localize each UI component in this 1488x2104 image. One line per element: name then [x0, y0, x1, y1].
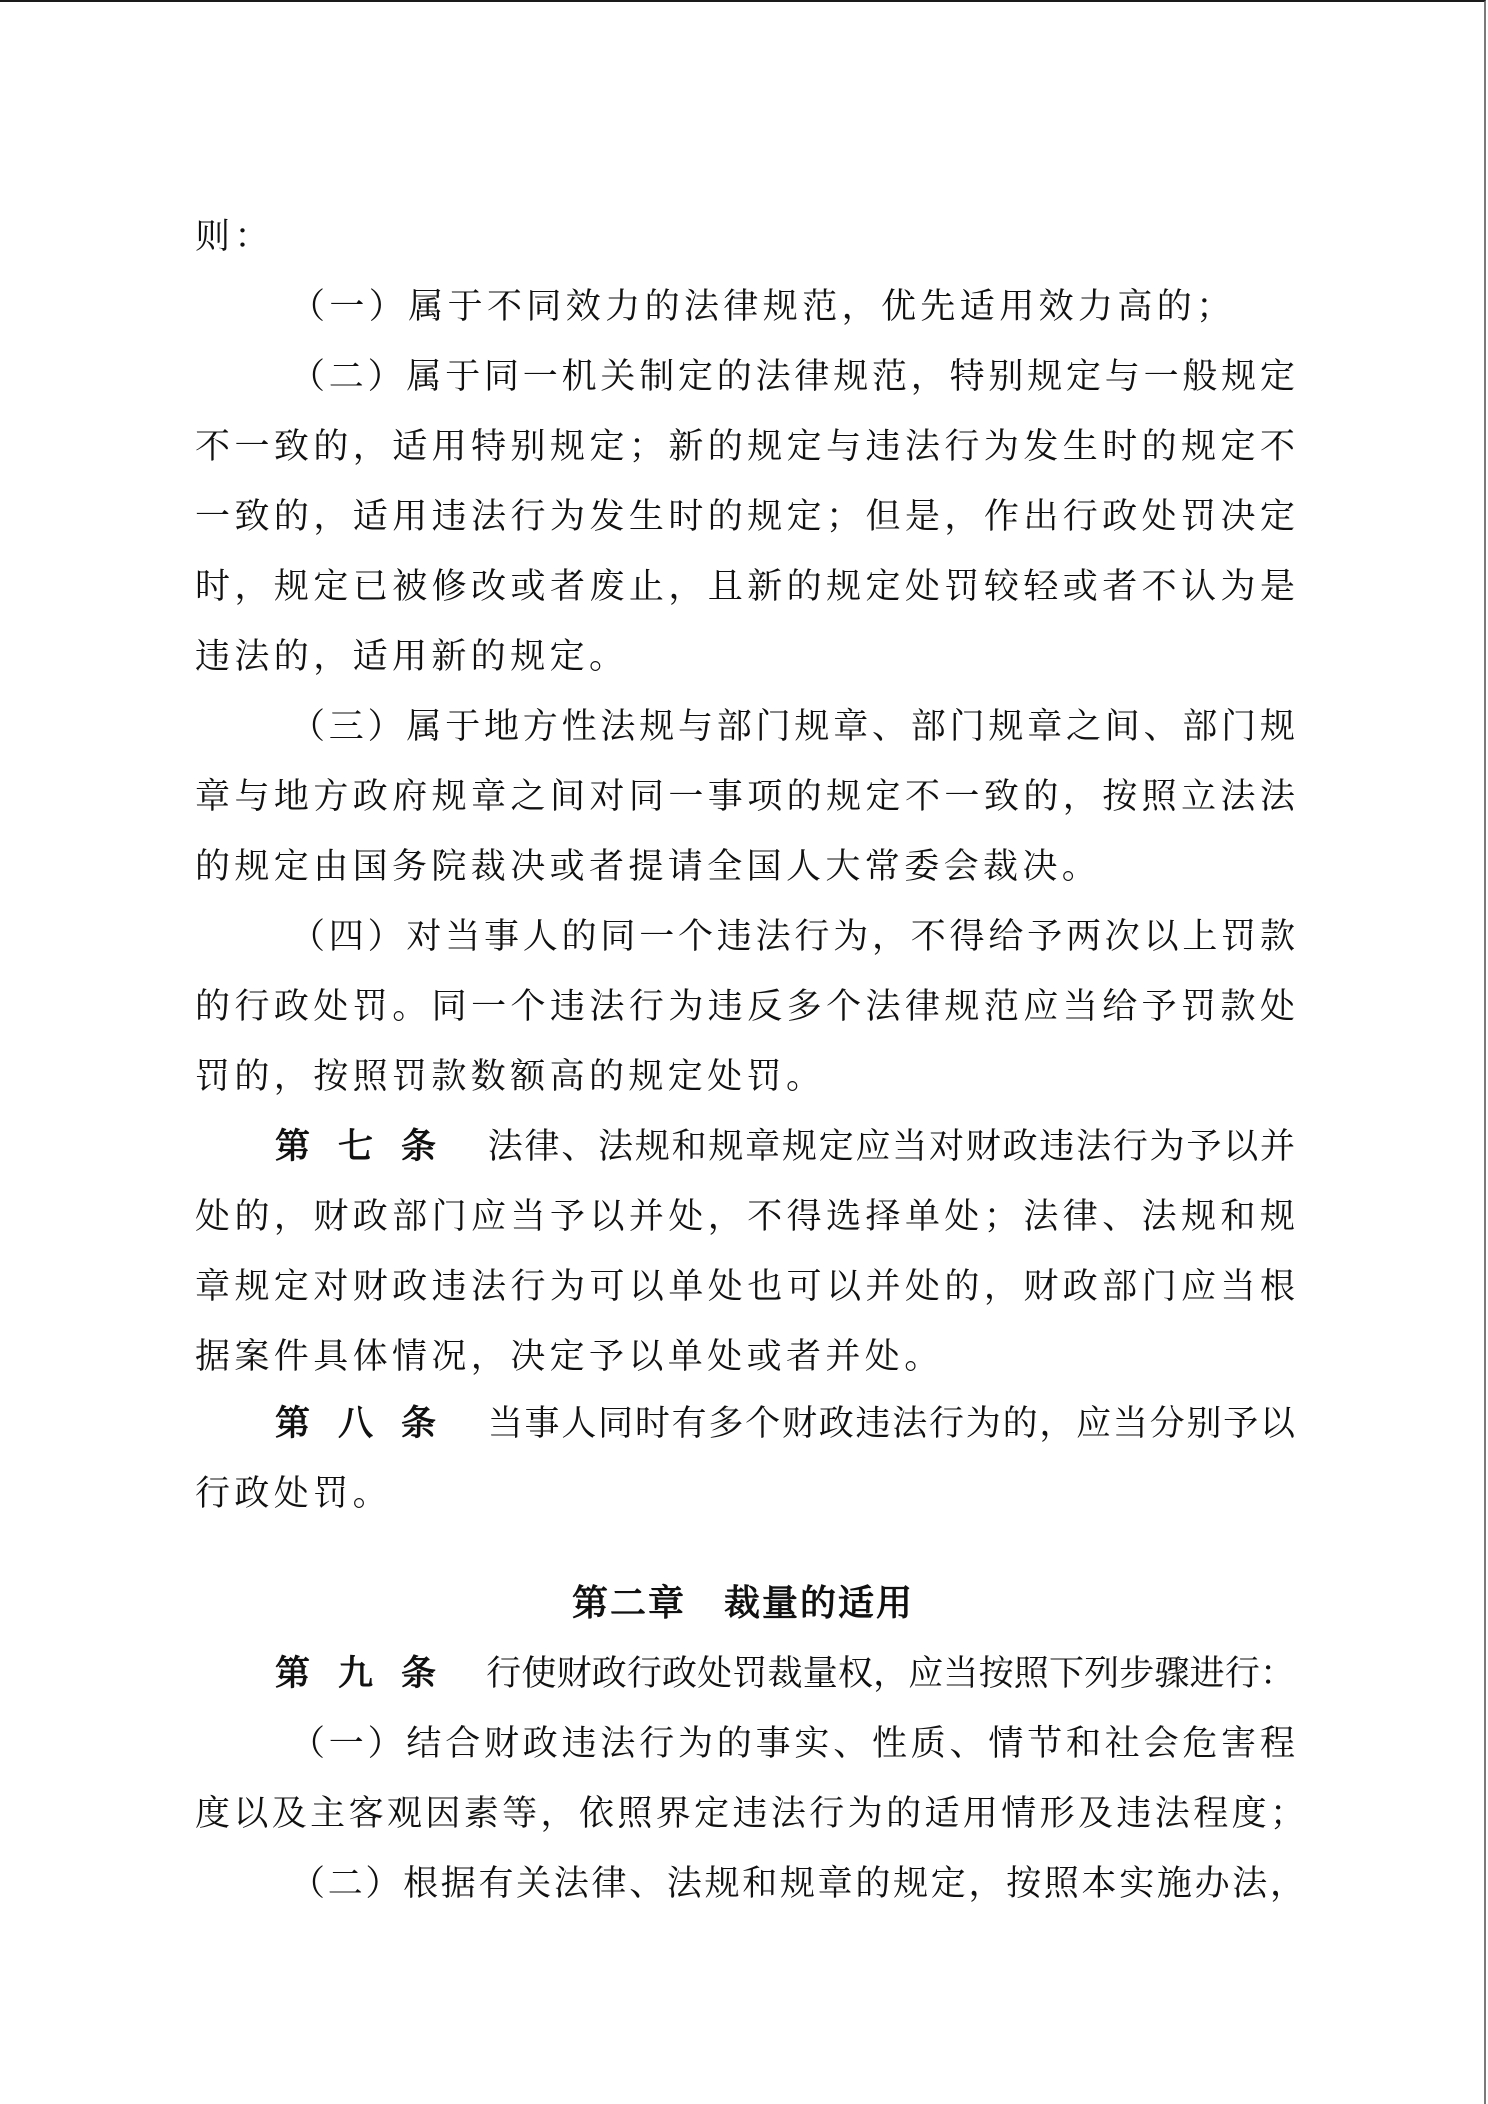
- chapter-heading: 第二章 裁量的适用: [0, 1581, 1486, 1627]
- document-page: 则： （一）属于不同效力的法律规范，优先适用效力高的； （二）属于同一机关制定的…: [0, 0, 1486, 2104]
- article-nine-line: 第九条行使财政行政处罚裁量权，应当按照下列步骤进行：: [275, 1652, 1295, 1696]
- paragraph-line: 不一致的，适用特别规定；新的规定与违法行为发生时的规定不: [195, 425, 1295, 469]
- article-nine-label: 第九条: [275, 1652, 438, 1696]
- article-seven-label: 第七条: [275, 1125, 438, 1169]
- paragraph-line: 的行政处罚。同一个违法行为违反多个法律规范应当给予罚款处: [195, 985, 1295, 1029]
- paragraph-line: 章与地方政府规章之间对同一事项的规定不一致的，按照立法法: [195, 775, 1295, 819]
- clause-two-line: （二）属于同一机关制定的法律规范，特别规定与一般规定: [290, 355, 1295, 399]
- article-eight-label: 第八条: [275, 1402, 438, 1446]
- paragraph-line: 章规定对财政违法行为可以单处也可以并处的，财政部门应当根: [195, 1265, 1295, 1309]
- clause-one-line: （一）属于不同效力的法律规范，优先适用效力高的；: [290, 285, 1295, 329]
- paragraph-line: 行政处罚。: [195, 1472, 1295, 1516]
- paragraph-line: 据案件具体情况，决定予以单处或者并处。: [195, 1335, 1295, 1379]
- article-seven-line: 第七条法律、法规和规章规定应当对财政违法行为予以并: [275, 1125, 1295, 1169]
- clause-four-line: （四）对当事人的同一个违法行为，不得给予两次以上罚款: [290, 915, 1295, 959]
- paragraph-line: 时，规定已被修改或者废止，且新的规定处罚较轻或者不认为是: [195, 565, 1295, 609]
- article-eight-text: 当事人同时有多个财政违法行为的，应当分别予以: [486, 1404, 1295, 1444]
- clause-one-line: （一）结合财政违法行为的事实、性质、情节和社会危害程: [290, 1722, 1295, 1766]
- article-seven-text: 法律、法规和规章规定应当对财政违法行为予以并: [486, 1127, 1295, 1167]
- paragraph-line: 的规定由国务院裁决或者提请全国人大常委会裁决。: [195, 845, 1295, 889]
- article-eight-line: 第八条当事人同时有多个财政违法行为的，应当分别予以: [275, 1402, 1295, 1446]
- paragraph-line: 罚的，按照罚款数额高的规定处罚。: [195, 1055, 1295, 1099]
- article-nine-text: 行使财政行政处罚裁量权，应当按照下列步骤进行：: [486, 1654, 1295, 1694]
- paragraph-line: 则：: [195, 215, 1295, 259]
- clause-two-line: （二）根据有关法律、法规和规章的规定，按照本实施办法，: [290, 1862, 1305, 1906]
- paragraph-line: 一致的，适用违法行为发生时的规定；但是，作出行政处罚决定: [195, 495, 1295, 539]
- clause-three-line: （三）属于地方性法规与部门规章、部门规章之间、部门规: [290, 705, 1295, 749]
- paragraph-line: 处的，财政部门应当予以并处，不得选择单处；法律、法规和规: [195, 1195, 1295, 1239]
- paragraph-line: 违法的，适用新的规定。: [195, 635, 1295, 679]
- paragraph-line: 度以及主客观因素等，依照界定违法行为的适用情形及违法程度；: [195, 1792, 1305, 1836]
